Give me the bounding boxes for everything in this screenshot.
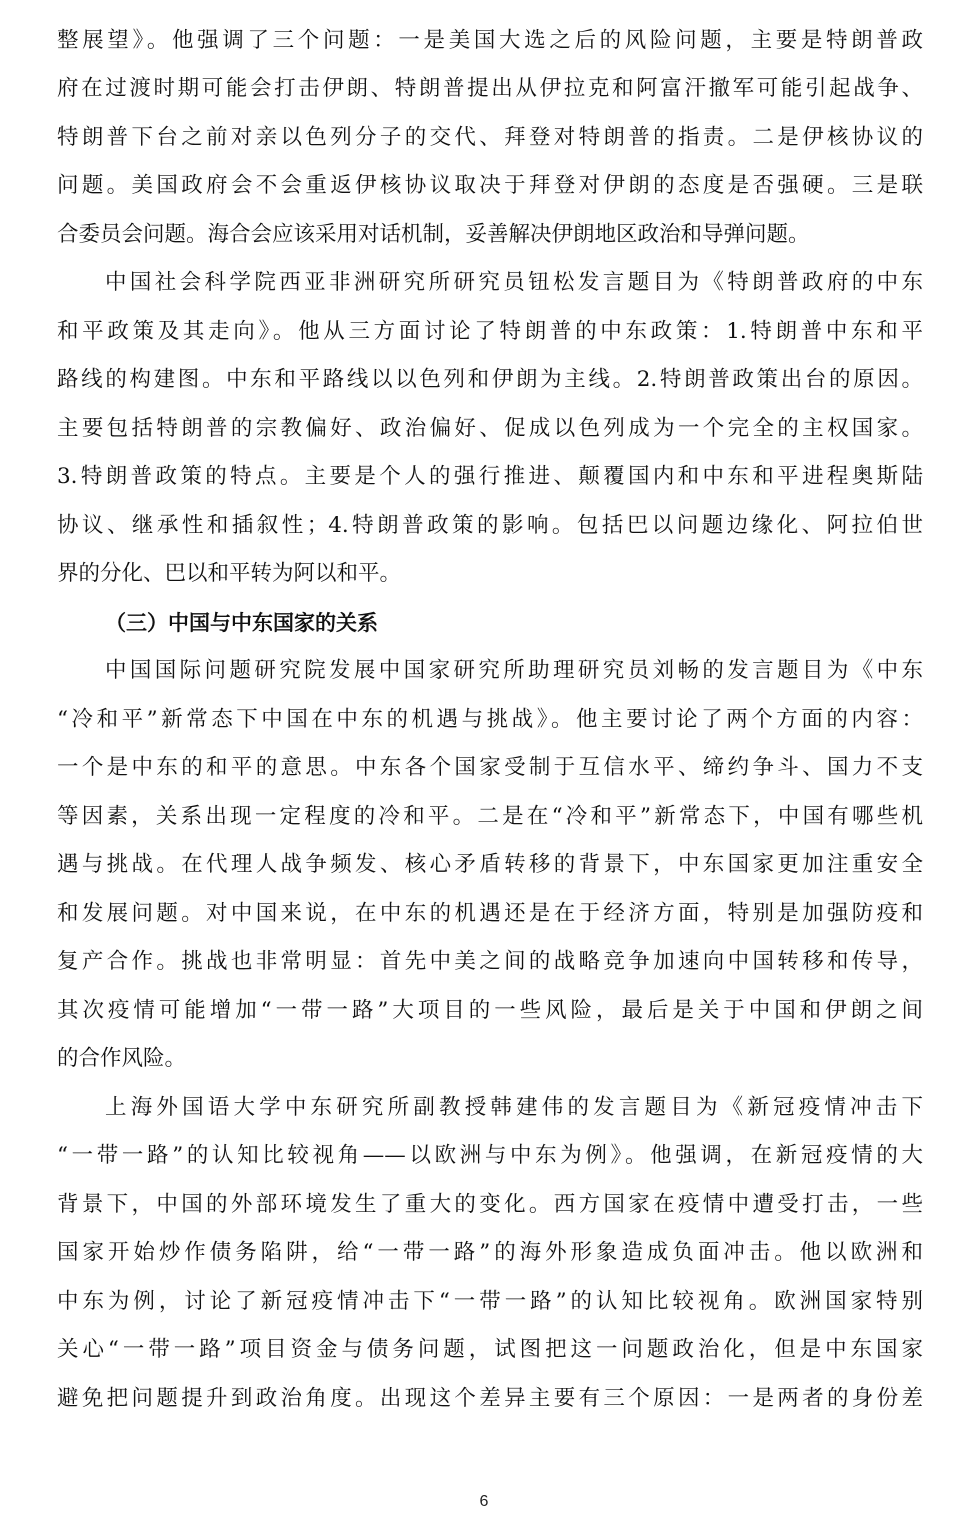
paragraph-line: 整展望》。他强调了三个问题：一是美国大选之后的风险问题，主要是特朗普政	[57, 26, 923, 56]
paragraph-line: 中东为例，讨论了新冠疫情冲击下“一带一路”的认知比较视角。欧洲国家特别	[57, 1287, 923, 1317]
paragraph-first-line: 中国社会科学院西亚非洲研究所研究员钮松发言题目为《特朗普政府的中东	[105, 268, 923, 298]
paragraph-line: 和发展问题。对中国来说，在中东的机遇还是在于经济方面，特别是加强防疫和	[57, 899, 923, 929]
paragraph-line: 遇与挑战。在代理人战争频发、核心矛盾转移的背景下，中东国家更加注重安全	[57, 850, 923, 880]
paragraph-line: 复产合作。挑战也非常明显：首先中美之间的战略竞争加速向中国转移和传导，	[57, 947, 923, 977]
paragraph-line: 和平政策及其走向》。他从三方面讨论了特朗普的中东政策：1.特朗普中东和平	[57, 317, 923, 347]
section-heading: （三）中国与中东国家的关系	[105, 608, 705, 638]
paragraph-first-line: 中国国际问题研究院发展中国家研究所助理研究员刘畅的发言题目为《中东	[105, 656, 923, 686]
page-number: 6	[0, 1493, 968, 1511]
paragraph-line: 问题。美国政府会不会重返伊核协议取决于拜登对伊朗的态度是否强硬。三是联	[57, 171, 923, 201]
paragraph-line: 合委员会问题。海合会应该采用对话机制，妥善解决伊朗地区政治和导弹问题。	[57, 220, 923, 250]
paragraph-line: 等因素，关系出现一定程度的冷和平。二是在“冷和平”新常态下，中国有哪些机	[57, 802, 923, 832]
paragraph-line: 3.特朗普政策的特点。主要是个人的强行推进、颠覆国内和中东和平进程奥斯陆	[57, 462, 923, 492]
paragraph-line: “一带一路”的认知比较视角——以欧洲与中东为例》。他强调，在新冠疫情的大	[57, 1141, 923, 1171]
paragraph-line: 界的分化、巴以和平转为阿以和平。	[57, 559, 923, 589]
paragraph-line: 的合作风险。	[57, 1044, 923, 1074]
paragraph-line: “冷和平”新常态下中国在中东的机遇与挑战》。他主要讨论了两个方面的内容：	[57, 705, 923, 735]
paragraph-line: 背景下，中国的外部环境发生了重大的变化。西方国家在疫情中遭受打击，一些	[57, 1190, 923, 1220]
paragraph-line: 特朗普下台之前对亲以色列分子的交代、拜登对特朗普的指责。二是伊核协议的	[57, 123, 923, 153]
paragraph-line: 避免把问题提升到政治角度。出现这个差异主要有三个原因：一是两者的身份差	[57, 1384, 923, 1414]
paragraph-line: 其次疫情可能增加“一带一路”大项目的一些风险，最后是关于中国和伊朗之间	[57, 996, 923, 1026]
paragraph-line: 主要包括特朗普的宗教偏好、政治偏好、促成以色列成为一个完全的主权国家。	[57, 414, 923, 444]
document-page: 整展望》。他强调了三个问题：一是美国大选之后的风险问题，主要是特朗普政 府在过渡…	[0, 0, 968, 1526]
paragraph-line: 国家开始炒作债务陷阱，给“一带一路”的海外形象造成负面冲击。他以欧洲和	[57, 1238, 923, 1268]
paragraph-line: 关心“一带一路”项目资金与债务问题，试图把这一问题政治化，但是中东国家	[57, 1335, 923, 1365]
paragraph-line: 府在过渡时期可能会打击伊朗、特朗普提出从伊拉克和阿富汗撤军可能引起战争、	[57, 74, 923, 104]
paragraph-line: 一个是中东的和平的意思。中东各个国家受制于互信水平、缔约争斗、国力不支	[57, 753, 923, 783]
paragraph-line: 路线的构建图。中东和平路线以以色列和伊朗为主线。2.特朗普政策出台的原因。	[57, 365, 923, 395]
paragraph-first-line: 上海外国语大学中东研究所副教授韩建伟的发言题目为《新冠疫情冲击下	[105, 1093, 923, 1123]
paragraph-line: 协议、继承性和插叙性；4.特朗普政策的影响。包括巴以问题边缘化、阿拉伯世	[57, 511, 923, 541]
